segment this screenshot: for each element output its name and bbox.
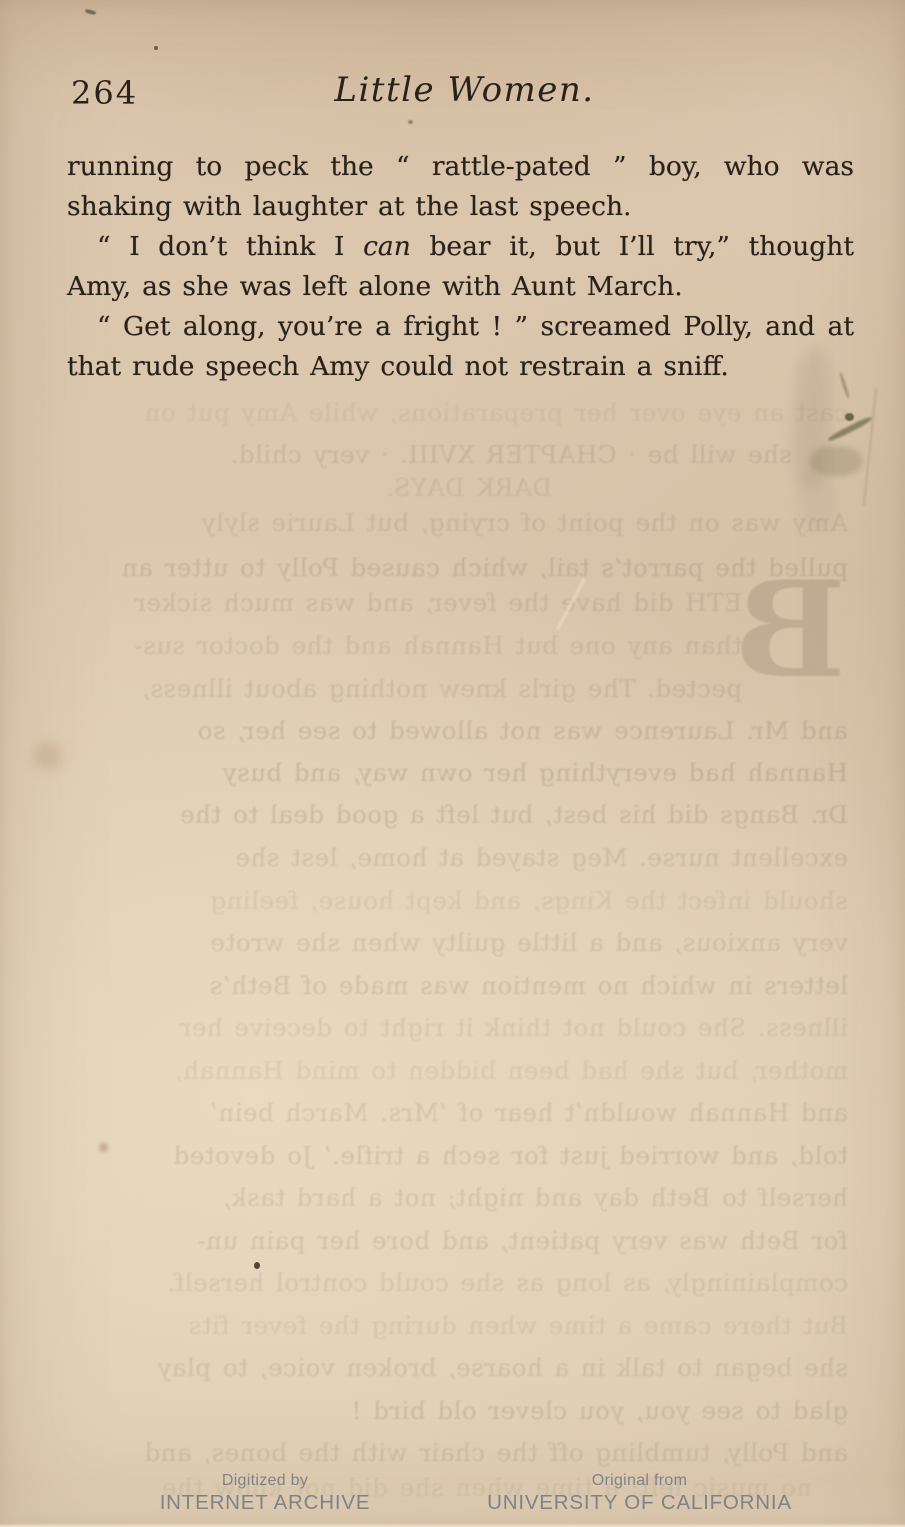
- text-line: that rude speech Amy could not restrain …: [67, 347, 854, 387]
- ink-dash: [827, 415, 872, 442]
- bleedthrough-line: DARK DAYS.: [386, 473, 552, 502]
- text-line: running to peck the “ rattle-pated ” boy…: [67, 147, 854, 187]
- text-segment: “ I don’t think I: [97, 231, 363, 262]
- body-text: running to peck the “ rattle-pated ” boy…: [67, 147, 854, 387]
- bleedthrough-line: But there came a time when during the fe…: [188, 1311, 848, 1340]
- bleedthrough-line: Amy was on the point of crying, but Laur…: [201, 508, 848, 537]
- bleedthrough-line: mother, but she had been bidden to mind …: [175, 1056, 848, 1085]
- text-line: “ I don’t think I can bear it, but I’ll …: [67, 227, 854, 267]
- bleedthrough-dropcap-B: B: [734, 565, 846, 697]
- text-line: “ Get along, you’re a fright ! ” screame…: [67, 307, 854, 347]
- bleedthrough-line: she will be · CHAPTER XVIII. · very chil…: [230, 440, 792, 469]
- bleedthrough-line: illness. She could not think it right to…: [179, 1013, 848, 1042]
- running-title: Little Women.: [0, 70, 905, 110]
- ink-dot: [845, 413, 854, 421]
- brown-blotch: [34, 742, 62, 770]
- bleedthrough-line: glad to see you, you clever old bird !: [351, 1396, 848, 1425]
- bleedthrough-line: she began to talk in a hoarse, broken vo…: [157, 1353, 848, 1382]
- original-from-credit: Original from UNIVERSITY OF CALIFORNIA: [477, 1472, 802, 1515]
- smudge-streak-2: [797, 467, 837, 533]
- digitized-by-credit: Digitized by INTERNET ARCHIVE: [115, 1472, 415, 1515]
- scanned-book-page: B cast an eye over her preparations, whi…: [0, 0, 905, 1527]
- bleedthrough-line: excellent nurse. Meg stayed at home, les…: [235, 843, 848, 872]
- internet-archive-label: INTERNET ARCHIVE: [115, 1491, 415, 1515]
- bleedthrough-line: and Mr. Laurence was not allowed to see …: [197, 716, 848, 745]
- text-segment-italic: can: [363, 231, 411, 262]
- bleedthrough-line: Hannah had everything her own way, and b…: [222, 758, 848, 787]
- page-header: 264 Little Women.: [0, 0, 905, 130]
- bleedthrough-line: and Hannah wouldn’t hear of ‘Mrs. March …: [210, 1098, 848, 1127]
- bleedthrough-line: should infect the Kings, and kept house,…: [210, 886, 848, 915]
- bleedthrough-line: and Polly, tumbling off the chair with t…: [144, 1438, 848, 1467]
- bleedthrough-line: told, and worried just for sech a trifle…: [173, 1141, 848, 1170]
- bleedthrough-line: letters in which no mention was made of …: [209, 971, 848, 1000]
- bleedthrough-line: herself to Beth day and night; not a har…: [223, 1183, 848, 1212]
- bleedthrough-line: for Beth was very patient, and bore her …: [197, 1226, 848, 1255]
- bleedthrough-text: B cast an eye over her preparations, whi…: [52, 395, 852, 1475]
- bleedthrough-line: pected. The girls knew nothing about ill…: [142, 674, 742, 703]
- university-label: UNIVERSITY OF CALIFORNIA: [477, 1491, 802, 1515]
- page-bottom-edge: [0, 1523, 905, 1527]
- bleedthrough-line: complainingly, as long as she could cont…: [167, 1268, 848, 1297]
- corner-crease: [863, 388, 877, 506]
- text-line: shaking with laughter at the last speech…: [67, 187, 854, 227]
- text-line: Amy, as she was left alone with Aunt Mar…: [67, 267, 854, 307]
- text-segment: bear it, but I’ll try,” thought: [411, 231, 854, 262]
- dark-speck: [254, 1262, 260, 1269]
- speckle-cluster: [810, 446, 862, 476]
- bleedthrough-line: very anxious, and a little guilty when s…: [210, 928, 848, 957]
- bleedthrough-line: cast an eye over her preparations, while…: [144, 398, 848, 427]
- digitized-by-label: Digitized by: [115, 1472, 415, 1490]
- bleedthrough-line: ETH did have the fever, and was much sic…: [134, 588, 742, 617]
- light-scratch: [557, 578, 586, 630]
- original-from-label: Original from: [477, 1472, 802, 1490]
- brown-dot: [99, 1143, 108, 1152]
- bleedthrough-line: Dr. Bangs did his best, but left a good …: [180, 800, 848, 829]
- bleedthrough-line: than any one but Hannah and the doctor s…: [134, 631, 742, 660]
- bleedthrough-line: pulled the parrot’s tail, which caused P…: [122, 553, 848, 582]
